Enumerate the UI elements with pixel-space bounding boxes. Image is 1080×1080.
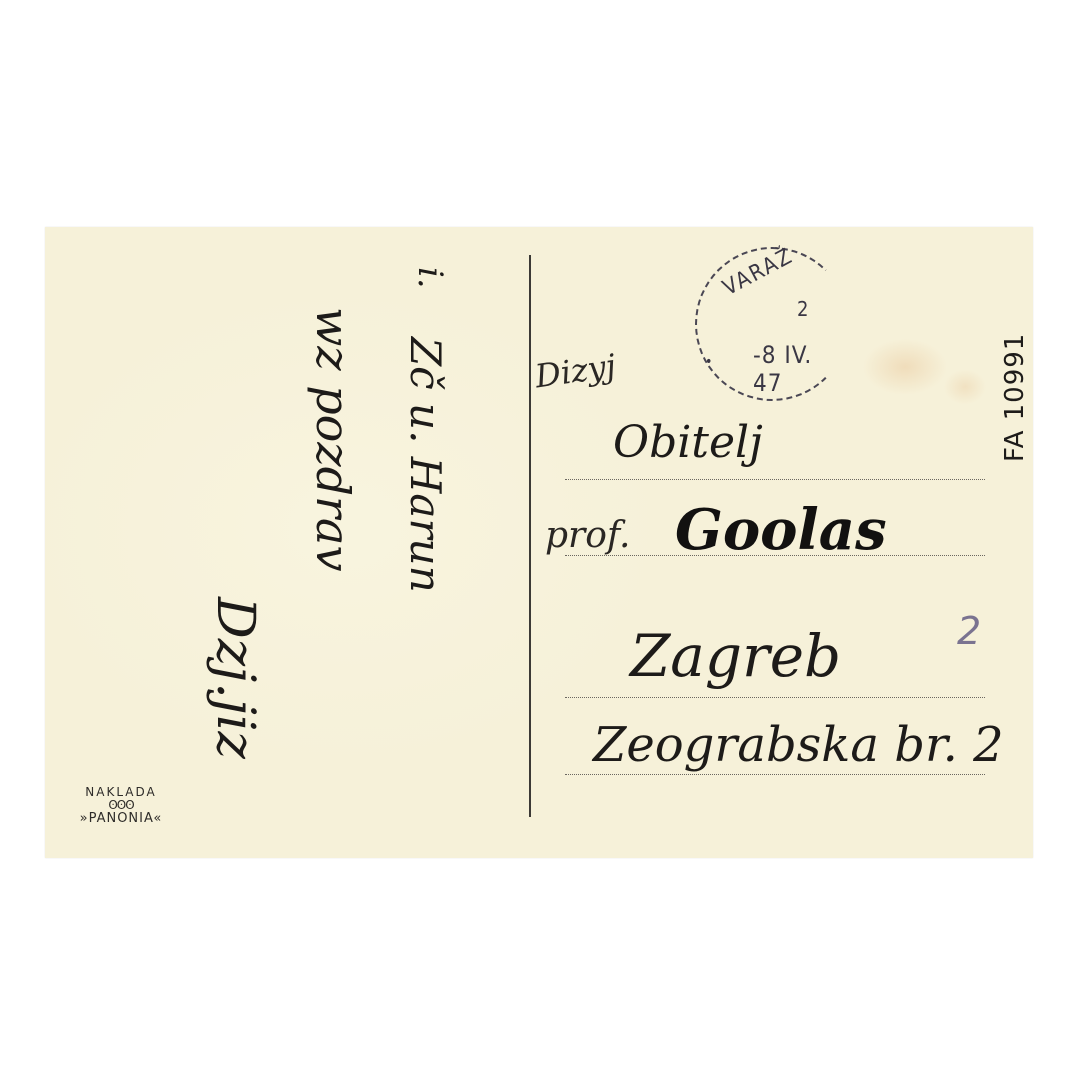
postmark-mark: • [705, 354, 712, 370]
postmark-stamp: VARAŽ 2 • -8 IV. 47 [695, 247, 849, 401]
message-line: i. [410, 267, 450, 289]
postmark-town: VARAŽ [719, 243, 798, 301]
address-title: prof. [545, 515, 630, 556]
salutation: Dizyj [533, 347, 618, 396]
address-dotted-line [565, 697, 985, 698]
archive-number: FA 10991 [1000, 333, 1030, 462]
message-line: Zč u. Harun [401, 337, 450, 593]
publisher-label: NAKLADA [61, 785, 181, 799]
address-dotted-line [565, 479, 985, 480]
address-line-1: Obitelj [613, 417, 763, 468]
publisher-logo: NAKLADA ʘʘʘ »PANONIA« [61, 785, 181, 826]
address-dotted-line [565, 774, 985, 775]
postmark-date: -8 IV. 47 [753, 341, 847, 397]
postmark-office-number: 2 [797, 297, 808, 321]
address-street: Zeograbska br. 2 [593, 717, 1004, 773]
message-line: wz pozdrav [306, 307, 360, 571]
pencil-mark: 2 [957, 609, 981, 653]
signature: Dzj.jiz [205, 597, 265, 759]
address-city: Zagreb [630, 622, 841, 690]
postcard: i. Zč u. Harun wz pozdrav Dzj.jiz NAKLAD… [45, 227, 1033, 858]
address-recipient-name: Goolas [675, 497, 887, 563]
message-area: i. Zč u. Harun wz pozdrav Dzj.jiz [105, 267, 505, 787]
ornament-icon: ʘʘʘ [61, 799, 181, 811]
publisher-name: »PANONIA« [61, 811, 181, 826]
divider-line [529, 255, 531, 817]
